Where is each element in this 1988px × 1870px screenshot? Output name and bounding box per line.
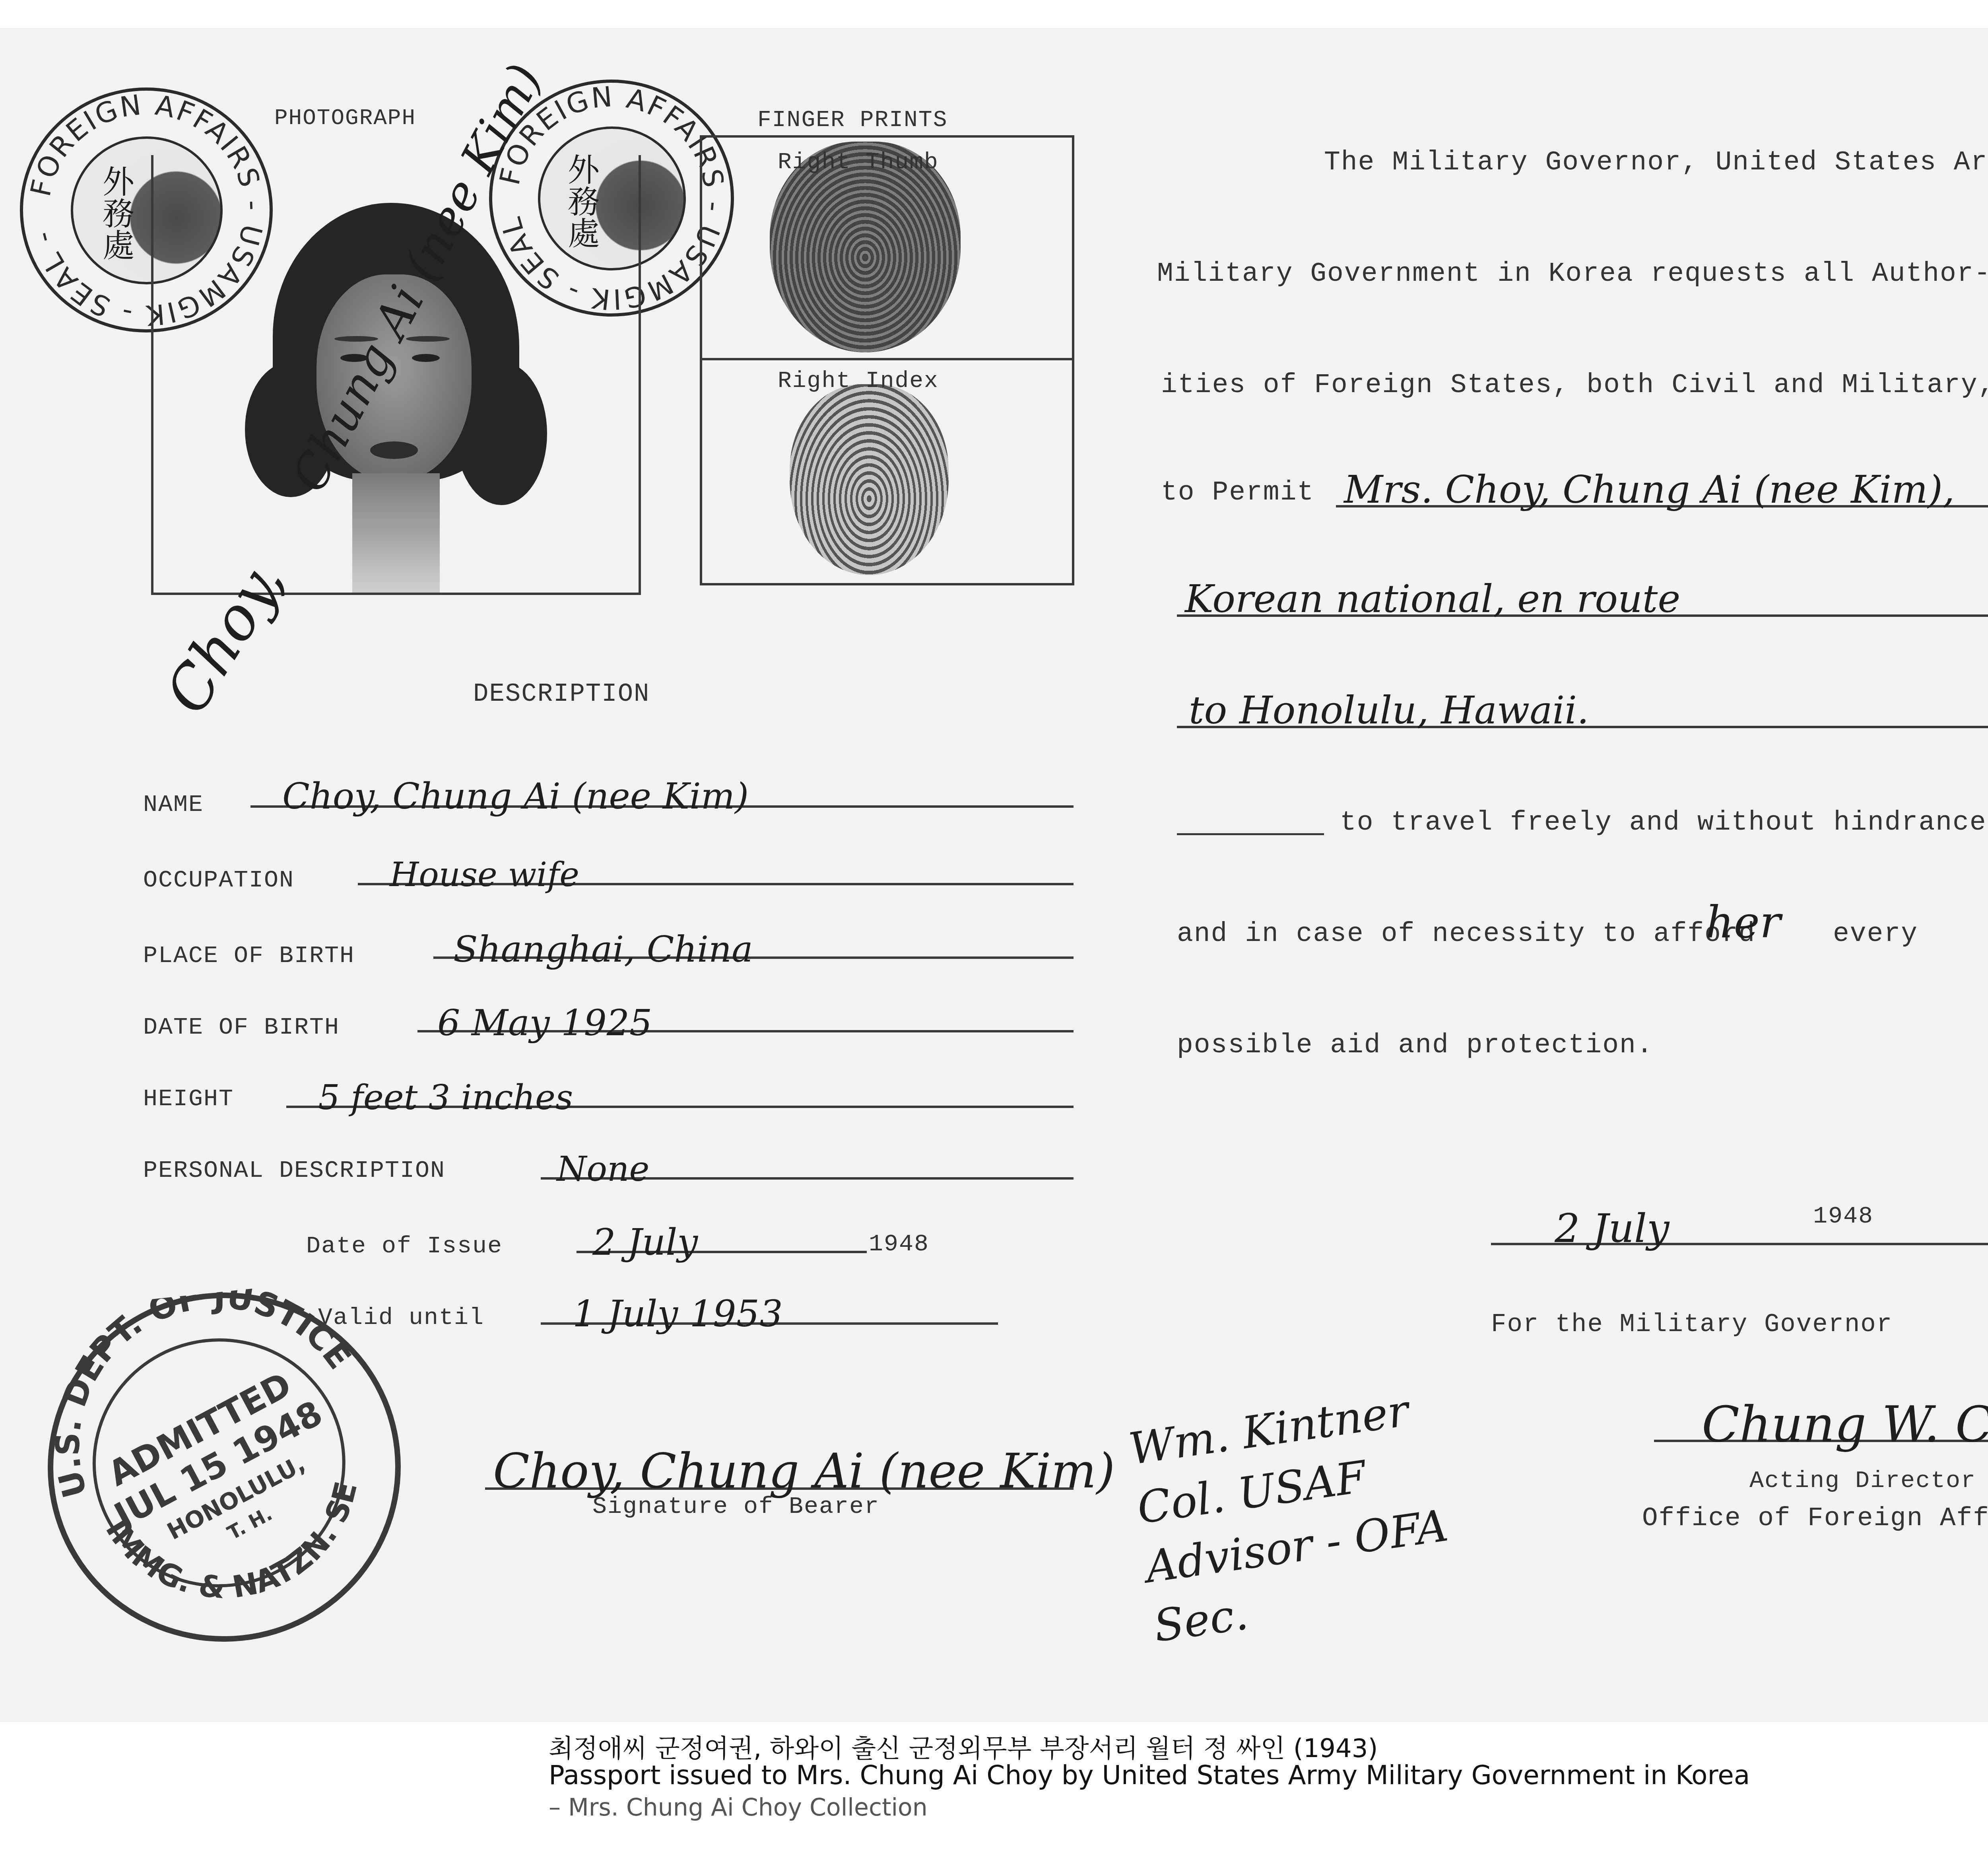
- bearer-signature: Choy, Chung Ai (nee Kim): [493, 1444, 1115, 1499]
- permit-line-1: Mrs. Choy, Chung Ai (nee Kim),: [1336, 467, 1988, 507]
- date-of-issue-label: Date of Issue: [306, 1233, 503, 1260]
- afford-pronoun: her: [1706, 897, 1781, 948]
- request-line-2: Military Government in Korea requests al…: [1157, 259, 1988, 289]
- field-label-occupation: OCCUPATION: [143, 867, 294, 894]
- field-label-personal-description: PERSONAL DESCRIPTION: [143, 1157, 445, 1184]
- date-of-issue-year: 1948: [869, 1231, 929, 1258]
- stamp-text: U.S. DEPT. OF JUSTICE IMMG. & NATZN. SER…: [31, 1276, 406, 1648]
- bearer-signature-line: Choy, Chung Ai (nee Kim): [485, 1444, 1074, 1490]
- index-print: [790, 384, 949, 575]
- request-line-3: ities of Foreign States, both Civil and …: [1161, 370, 1988, 400]
- closing-line: possible aid and protection.: [1177, 1030, 1654, 1061]
- fingerprint-label-index: Right Index: [778, 368, 939, 394]
- issuer-date-year: 1948: [1813, 1203, 1873, 1230]
- fingerprint-box-index: Right Index: [700, 358, 1074, 585]
- travel-blank: [1177, 817, 1324, 835]
- bearer-signature-label: Signature of Bearer: [592, 1493, 879, 1520]
- field-value-name: Choy, Chung Ai (nee Kim): [250, 776, 1074, 808]
- caption-korean: 최정애씨 군정여권, 하와이 출신 군정외무부 부장서리 월터 정 싸인 (19…: [549, 1728, 1378, 1765]
- field-label-place-of-birth: PLACE OF BIRTH: [143, 943, 355, 970]
- date-of-issue-value: 2 July: [577, 1221, 867, 1253]
- fingerprint-label-thumb: Right Thumb: [778, 150, 939, 175]
- field-value-height: 5 feet 3 inches: [286, 1078, 1074, 1108]
- immigration-admitted-stamp: U.S. DEPT. OF JUSTICE IMMG. & NATZN. SER…: [31, 1275, 418, 1659]
- afford-line-start: and in case of necessity to afford: [1177, 919, 1755, 949]
- fingerprint-box-thumb: Right Thumb: [700, 135, 1074, 360]
- field-value-date-of-birth: 6 May 1925: [417, 1002, 1074, 1032]
- director-signature: Chung W. Cho: [1702, 1396, 1988, 1453]
- fingerprints-label: FINGER PRINTS: [757, 107, 947, 133]
- caption-credit: – Mrs. Chung Ai Choy Collection: [549, 1794, 928, 1821]
- director-title: Acting Director: [1749, 1468, 1976, 1495]
- field-value-personal-description: None: [541, 1149, 1074, 1180]
- field-value-occupation: House wife: [358, 855, 1074, 885]
- advisor-annotation: Wm. Kintner Col. USAF Advisor - OFA Sec.: [1125, 1377, 1460, 1656]
- travel-line: to travel freely and without hindrance,: [1340, 807, 1988, 838]
- description-heading: DESCRIPTION: [473, 680, 650, 709]
- seal-characters: 外務處: [103, 166, 138, 262]
- request-line-1: The Military Governor, United States Arm…: [1324, 147, 1988, 178]
- caption-english: Passport issued to Mrs. Chung Ai Choy by…: [549, 1760, 1750, 1790]
- valid-until-value: 1 July 1953: [541, 1293, 998, 1325]
- afford-line-end: every: [1833, 919, 1918, 949]
- permit-label: to Permit: [1161, 477, 1314, 508]
- permit-line-3: to Honolulu, Hawaii.: [1177, 688, 1988, 728]
- director-office: Office of Foreign Affairs.: [1642, 1503, 1988, 1533]
- for-military-governor-label: For the Military Governor: [1491, 1310, 1893, 1339]
- director-signature-line: Chung W. Cho: [1654, 1396, 1988, 1442]
- permit-line-2: Korean national, en route: [1177, 577, 1988, 617]
- field-value-place-of-birth: Shanghai, China: [433, 929, 1074, 959]
- field-label-height: HEIGHT: [143, 1086, 234, 1113]
- field-label-date-of-birth: DATE OF BIRTH: [143, 1014, 340, 1041]
- photograph-label: PHOTOGRAPH: [274, 105, 416, 131]
- issuer-date-line: 2 July: [1491, 1205, 1988, 1245]
- field-label-name: NAME: [143, 791, 204, 818]
- passport-document: FOREIGN AFFAIRS - USAMGIK - SEAL - 外務處 F…: [0, 28, 1988, 1722]
